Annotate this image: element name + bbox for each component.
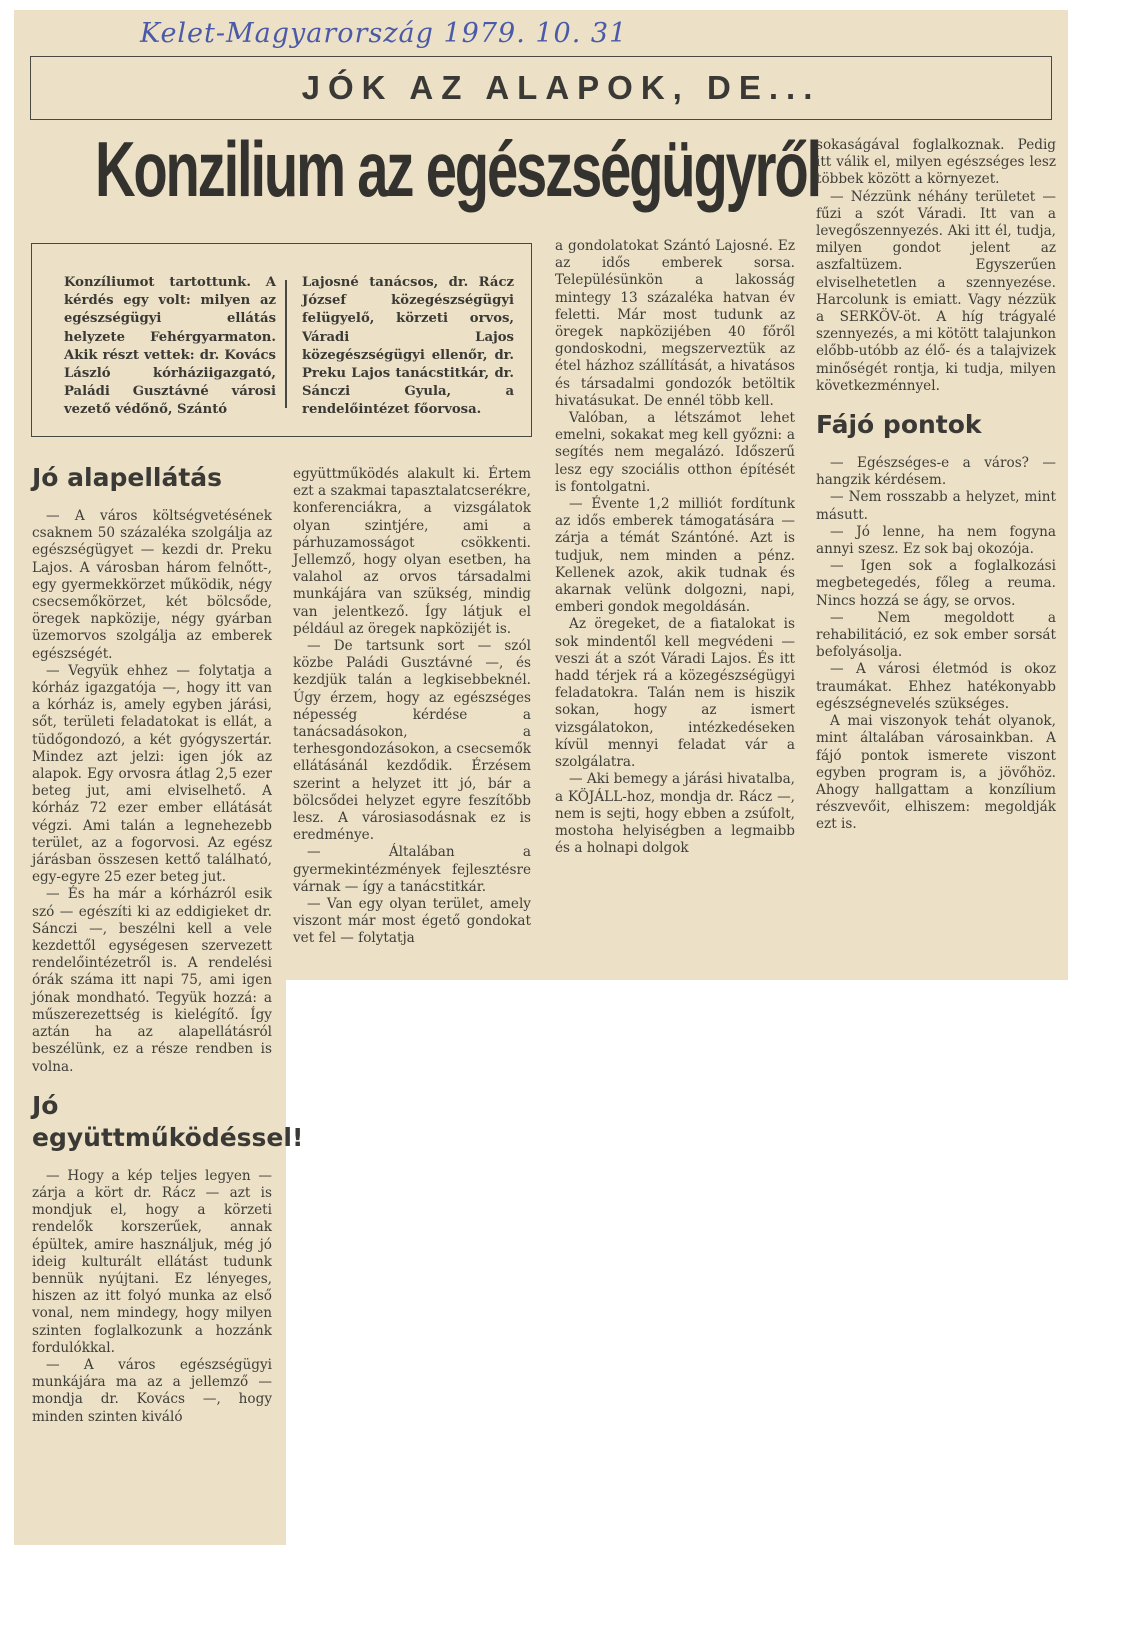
- paragraph: — Általában a gyermekintézmények fejlesz…: [293, 844, 531, 896]
- paragraph: — De tartsunk sort — szól közbe Paládi G…: [293, 638, 531, 844]
- lead-box: Konzíliumot tartottunk. A kérdés egy vol…: [31, 243, 532, 437]
- lead-column-1: Konzíliumot tartottunk. A kérdés egy vol…: [64, 274, 276, 420]
- paragraph: sokaságával foglalkoznak. Pedig itt váli…: [816, 137, 1056, 189]
- paragraph: — Évente 1,2 milliót fordítunk az idős e…: [555, 496, 795, 616]
- paragraph: A mai viszonyok tehát olyanok, mint álta…: [816, 713, 1056, 833]
- paragraph: együttműködés alakult ki. Értem ezt a sz…: [293, 466, 531, 638]
- paragraph: Valóban, a létszámot lehet emelni, sokak…: [555, 410, 795, 496]
- article-column-2: együttműködés alakult ki. Értem ezt a sz…: [293, 466, 531, 948]
- paragraph: — Nem rosszabb a helyzet, mint másutt.: [816, 489, 1056, 523]
- paragraph: — Nézzünk néhány területet — fűzi a szót…: [816, 189, 1056, 395]
- article-column-1: Jó alapellátás — A város költségvetéséne…: [32, 458, 272, 1426]
- paragraph: — Igen sok a foglalkozási megbetegedés, …: [816, 558, 1056, 610]
- paragraph: — Nem megoldott a rehabilitáció, ez sok …: [816, 610, 1056, 662]
- paragraph: — A város költségvetésének csaknem 50 sz…: [32, 508, 272, 663]
- subhead-jo-egyuttmukodessel: Jó együttműködéssel!: [32, 1090, 222, 1154]
- paragraph: — Egészséges-e a város? — hangzik kérdés…: [816, 455, 1056, 489]
- paragraph: — Aki bemegy a járási hivatalba, a KÖJÁL…: [555, 771, 795, 857]
- paragraph: — Vegyük ehhez — folytatja a kórház igaz…: [32, 663, 272, 887]
- article-column-3: a gondolatokat Szántó Lajosné. Ez az idő…: [555, 238, 795, 857]
- paragraph: — A városi életmód is okoz traumákat. Eh…: [816, 661, 1056, 713]
- paragraph: a gondolatokat Szántó Lajosné. Ez az idő…: [555, 238, 795, 410]
- paragraph: — A város egészségügyi munkájára ma az a…: [32, 1357, 272, 1426]
- kicker-title: JÓK AZ ALAPOK, DE...: [31, 69, 1051, 107]
- article-column-4: sokaságával foglalkoznak. Pedig itt váli…: [816, 137, 1056, 834]
- subhead-jo-alapellatas: Jó alapellátás: [32, 462, 272, 494]
- paragraph: Az öregeket, de a fiatalokat is sok mind…: [555, 616, 795, 771]
- paragraph: — És ha már a kórházról esik szó — egész…: [32, 886, 272, 1075]
- lead-divider: [285, 280, 287, 408]
- handwritten-source-date: Kelet-Magyarország 1979. 10. 31: [140, 18, 627, 49]
- kicker-box: JÓK AZ ALAPOK, DE...: [30, 56, 1052, 120]
- paragraph: — Van egy olyan terület, amely viszont m…: [293, 896, 531, 948]
- headline: Konzilium az egészségügyről: [95, 130, 820, 208]
- subhead-fajo-pontok: Fájó pontok: [816, 409, 1056, 441]
- lead-column-2: Lajosné tanácsos, dr. Rácz József közegé…: [302, 274, 514, 420]
- paragraph: — Hogy a kép teljes legyen — zárja a kör…: [32, 1168, 272, 1357]
- paragraph: — Jó lenne, ha nem fogyna annyi szesz. E…: [816, 524, 1056, 558]
